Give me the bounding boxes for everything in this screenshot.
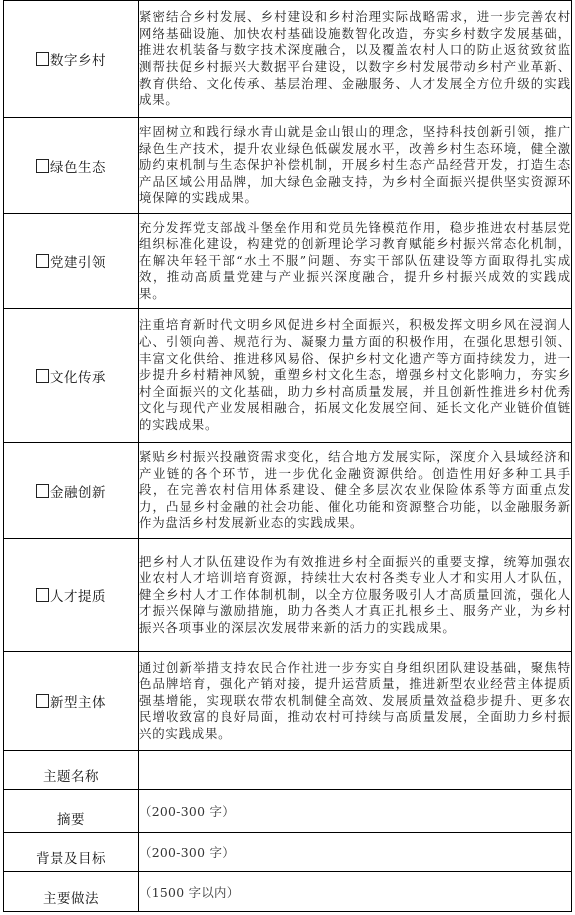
category-label: 数字乡村: [50, 53, 106, 69]
checkbox-icon[interactable]: [36, 588, 49, 602]
field-row-background-goals: 背景及目标 （200-300 字）: [4, 833, 572, 872]
field-row-topic-name: 主题名称: [4, 751, 572, 790]
category-label: 人才提质: [50, 589, 106, 605]
category-label: 绿色生态: [50, 160, 106, 176]
category-description: 牢固树立和践行绿水青山就是金山银山的理念，坚持科技创新引领，推广绿色生产技术，提…: [139, 118, 572, 214]
category-label: 党建引领: [50, 255, 106, 271]
category-row-cultural-heritage: 文化传承 注重培育新时代文明乡风促进乡村全面振兴，积极发挥文明乡风在浸润人心、引…: [4, 309, 572, 443]
category-row-financial-innovation: 金融创新 紧贴乡村振兴投融资需求变化，结合地方发展实际，深度介入县域经济和产业链…: [4, 443, 572, 539]
category-option-cultural-heritage[interactable]: 文化传承: [4, 309, 139, 443]
checkbox-icon[interactable]: [36, 254, 49, 268]
checkbox-icon[interactable]: [36, 369, 49, 383]
category-row-new-entities: 新型主体 通过创新举措支持农民合作社进一步夯实自身组织团队建设基础，聚焦特色品牌…: [4, 652, 572, 751]
field-label-topic-name: 主题名称: [4, 751, 139, 790]
category-row-party-leadership: 党建引领 充分发挥党支部战斗堡垒作用和党员先锋模范作用，稳步推进农村基层党组织标…: [4, 214, 572, 309]
category-row-talent-quality: 人才提质 把乡村人才队伍建设作为有效推进乡村全面振兴的重要支撑，统筹加强农业农村…: [4, 539, 572, 652]
category-option-new-entities[interactable]: 新型主体: [4, 652, 139, 751]
category-description: 通过创新举措支持农民合作社进一步夯实自身组织团队建设基础，聚焦特色品牌培育，强化…: [139, 652, 572, 751]
category-option-financial-innovation[interactable]: 金融创新: [4, 443, 139, 539]
checkbox-icon[interactable]: [36, 694, 49, 708]
category-option-party-leadership[interactable]: 党建引领: [4, 214, 139, 309]
category-description: 紧贴乡村振兴投融资需求变化，结合地方发展实际，深度介入县域经济和产业链的各个环节…: [139, 443, 572, 539]
category-description: 充分发挥党支部战斗堡垒作用和党员先锋模范作用，稳步推进农村基层党组织标准化建设，…: [139, 214, 572, 309]
category-label: 新型主体: [50, 695, 106, 711]
field-label-abstract: 摘要: [4, 790, 139, 833]
field-label-main-practices: 主要做法: [4, 872, 139, 912]
category-label: 文化传承: [50, 370, 106, 386]
abstract-input[interactable]: （200-300 字）: [139, 790, 572, 833]
checkbox-icon[interactable]: [36, 484, 49, 498]
checkbox-icon[interactable]: [36, 159, 49, 173]
category-label: 金融创新: [50, 485, 106, 501]
field-row-abstract: 摘要 （200-300 字）: [4, 790, 572, 833]
category-description: 把乡村人才队伍建设作为有效推进乡村全面振兴的重要支撑，统筹加强农业农村人才培训培…: [139, 539, 572, 652]
submission-form-table: 数字乡村 紧密结合乡村发展、乡村建设和乡村治理实际战略需求，进一步完善农村网络基…: [3, 0, 572, 912]
field-row-main-practices: 主要做法 （1500 字以内）: [4, 872, 572, 912]
main-practices-input[interactable]: （1500 字以内）: [139, 872, 572, 912]
category-description: 紧密结合乡村发展、乡村建设和乡村治理实际战略需求，进一步完善农村网络基础设施、加…: [139, 1, 572, 118]
topic-name-input[interactable]: [139, 751, 572, 790]
category-option-digital-village[interactable]: 数字乡村: [4, 1, 139, 118]
category-option-talent-quality[interactable]: 人才提质: [4, 539, 139, 652]
category-row-green-ecology: 绿色生态 牢固树立和践行绿水青山就是金山银山的理念，坚持科技创新引领，推广绿色生…: [4, 118, 572, 214]
background-goals-input[interactable]: （200-300 字）: [139, 833, 572, 872]
category-description: 注重培育新时代文明乡风促进乡村全面振兴，积极发挥文明乡风在浸润人心、引领向善、规…: [139, 309, 572, 443]
category-option-green-ecology[interactable]: 绿色生态: [4, 118, 139, 214]
field-label-background-goals: 背景及目标: [4, 833, 139, 872]
category-row-digital-village: 数字乡村 紧密结合乡村发展、乡村建设和乡村治理实际战略需求，进一步完善农村网络基…: [4, 1, 572, 118]
checkbox-icon[interactable]: [36, 52, 49, 66]
